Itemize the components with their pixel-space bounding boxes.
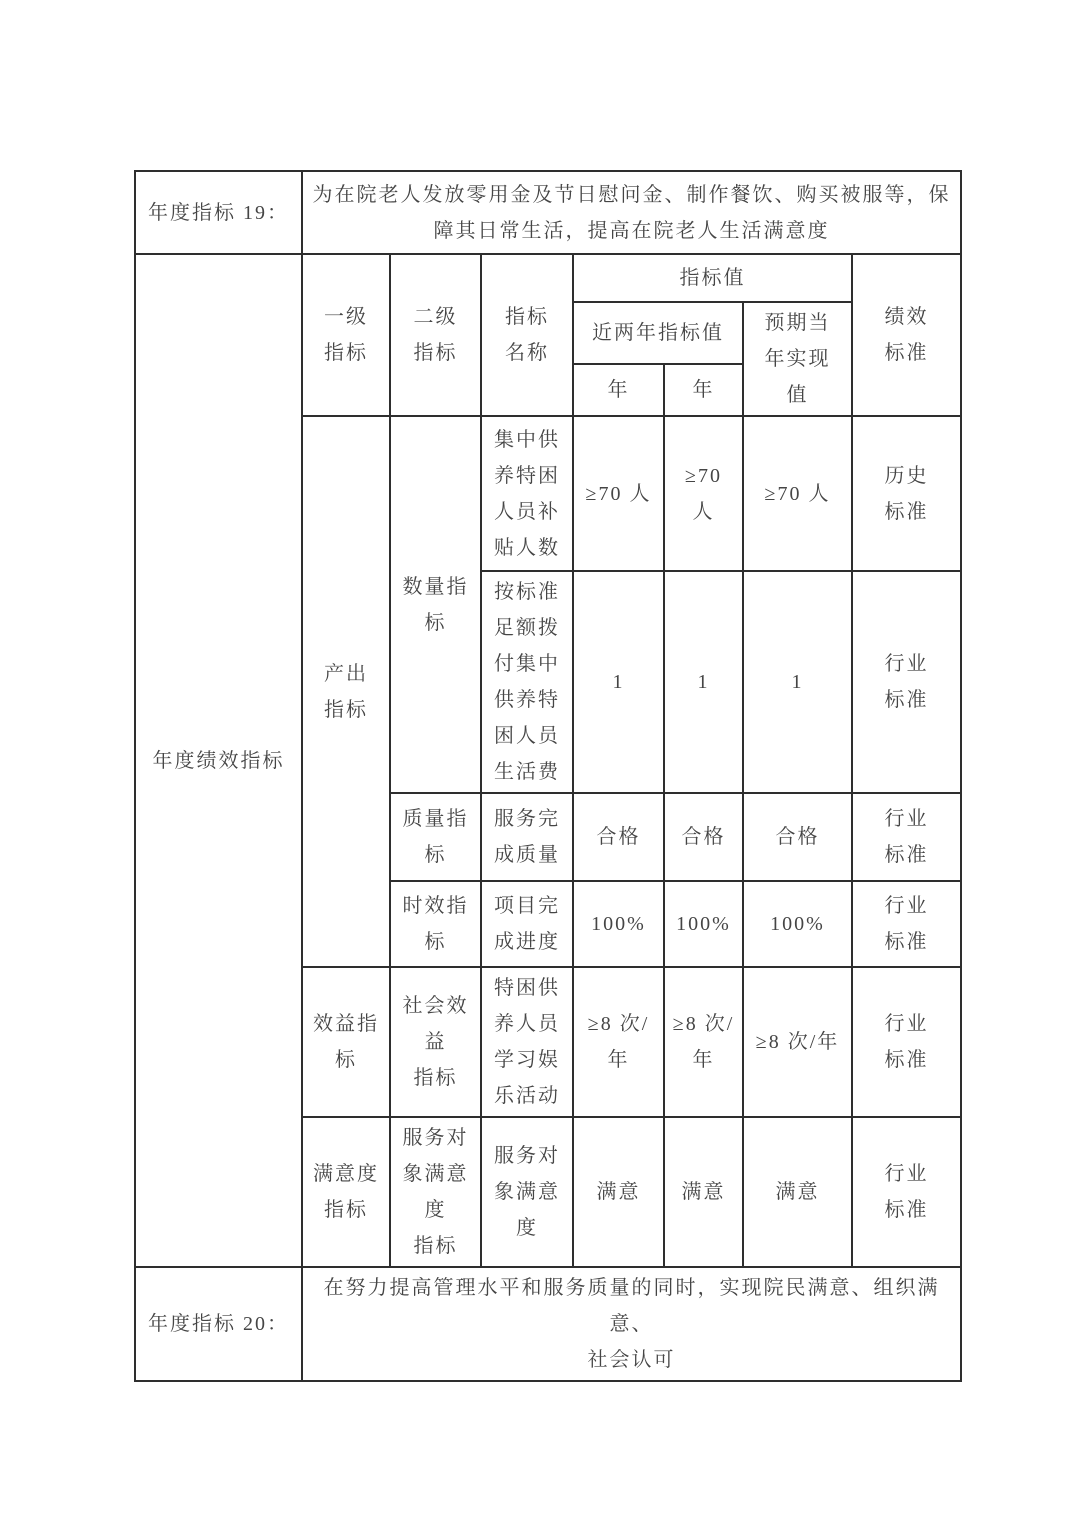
service-quality-name: 服务完 成质量 bbox=[481, 793, 573, 881]
timeliness-indicator-level2-cell: 时效指 标 bbox=[390, 881, 481, 967]
activity-name: 特困供 养人员 学习娱 乐活动 bbox=[481, 967, 573, 1117]
activity-year2-value: ≥8 次/ 年 bbox=[664, 967, 743, 1117]
living-allowance-name: 按标准 足额拨 付集中 供养特 困人员 生活费 bbox=[481, 571, 573, 793]
project-progress-standard: 行业 标准 bbox=[852, 881, 961, 967]
header-recent-two-years: 近两年指标值 bbox=[573, 302, 743, 364]
header-year-2: 年 bbox=[664, 364, 743, 416]
indicator-19-label: 年度指标 19： bbox=[135, 171, 302, 254]
row-annual-indicator-19: 年度指标 19： 为在院老人发放零用金及节日慰问金、制作餐饮、购买被服等，保 障… bbox=[135, 171, 961, 254]
subsidy-headcount-year1-value: ≥70 人 bbox=[573, 416, 664, 571]
row-annual-indicator-20: 年度指标 20： 在努力提高管理水平和服务质量的同时，实现院民满意、组织满意、 … bbox=[135, 1267, 961, 1381]
header-performance-standard: 绩效 标准 bbox=[852, 254, 961, 416]
satisfaction-standard: 行业 标准 bbox=[852, 1117, 961, 1267]
header-level2: 二级 指标 bbox=[390, 254, 481, 416]
project-progress-year2-value: 100% bbox=[664, 881, 743, 967]
subsidy-headcount-year2-value: ≥70 人 bbox=[664, 416, 743, 571]
subsidy-headcount-expected-value: ≥70 人 bbox=[743, 416, 852, 571]
living-allowance-year2-value: 1 bbox=[664, 571, 743, 793]
benefit-indicator-level1-cell: 效益指 标 bbox=[302, 967, 390, 1117]
activity-expected-value: ≥8 次/年 bbox=[743, 967, 852, 1117]
project-progress-name: 项目完 成进度 bbox=[481, 881, 573, 967]
satisfaction-year2-value: 满意 bbox=[664, 1117, 743, 1267]
service-quality-standard: 行业 标准 bbox=[852, 793, 961, 881]
indicator-20-label: 年度指标 20： bbox=[135, 1267, 302, 1381]
header-indicator-value-group: 指标值 bbox=[573, 254, 852, 302]
output-indicator-level1-cell: 产出 指标 bbox=[302, 416, 390, 967]
header-level1: 一级 指标 bbox=[302, 254, 390, 416]
satisfaction-indicator-level1-cell: 满意度 指标 bbox=[302, 1117, 390, 1267]
subsidy-headcount-standard: 历史 标准 bbox=[852, 416, 961, 571]
project-progress-year1-value: 100% bbox=[573, 881, 664, 967]
satisfaction-year1-value: 满意 bbox=[573, 1117, 664, 1267]
living-allowance-expected-value: 1 bbox=[743, 571, 852, 793]
subsidy-headcount-name: 集中供 养特困 人员补 贴人数 bbox=[481, 416, 573, 571]
header-indicator-name: 指标 名称 bbox=[481, 254, 573, 416]
living-allowance-standard: 行业 标准 bbox=[852, 571, 961, 793]
satisfaction-level2-cell: 服务对 象满意 度 指标 bbox=[390, 1117, 481, 1267]
social-benefit-level2-cell: 社会效 益 指标 bbox=[390, 967, 481, 1117]
indicator-19-description: 为在院老人发放零用金及节日慰问金、制作餐饮、购买被服等，保 障其日常生活，提高在… bbox=[302, 171, 961, 254]
activity-year1-value: ≥8 次/ 年 bbox=[573, 967, 664, 1117]
project-progress-expected-value: 100% bbox=[743, 881, 852, 967]
header-expected-current-year: 预期当 年实现 值 bbox=[743, 302, 852, 416]
service-quality-year2-value: 合格 bbox=[664, 793, 743, 881]
activity-standard: 行业 标准 bbox=[852, 967, 961, 1117]
header-year-1: 年 bbox=[573, 364, 664, 416]
quantity-indicator-level2-cell: 数量指 标 bbox=[390, 416, 481, 793]
quality-indicator-level2-cell: 质量指 标 bbox=[390, 793, 481, 881]
living-allowance-year1-value: 1 bbox=[573, 571, 664, 793]
satisfaction-expected-value: 满意 bbox=[743, 1117, 852, 1267]
header-row-top: 年度绩效指标 一级 指标 二级 指标 指标 名称 指标值 绩效 标准 bbox=[135, 254, 961, 302]
indicator-20-description: 在努力提高管理水平和服务质量的同时，实现院民满意、组织满意、 社会认可 bbox=[302, 1267, 961, 1381]
satisfaction-name: 服务对 象满意 度 bbox=[481, 1117, 573, 1267]
service-quality-expected-value: 合格 bbox=[743, 793, 852, 881]
performance-indicator-table: 年度指标 19： 为在院老人发放零用金及节日慰问金、制作餐饮、购买被服等，保 障… bbox=[134, 170, 962, 1382]
service-quality-year1-value: 合格 bbox=[573, 793, 664, 881]
annual-performance-indicator-cell: 年度绩效指标 bbox=[135, 254, 302, 1267]
document-page: 年度指标 19： 为在院老人发放零用金及节日慰问金、制作餐饮、购买被服等，保 障… bbox=[0, 0, 1074, 1520]
